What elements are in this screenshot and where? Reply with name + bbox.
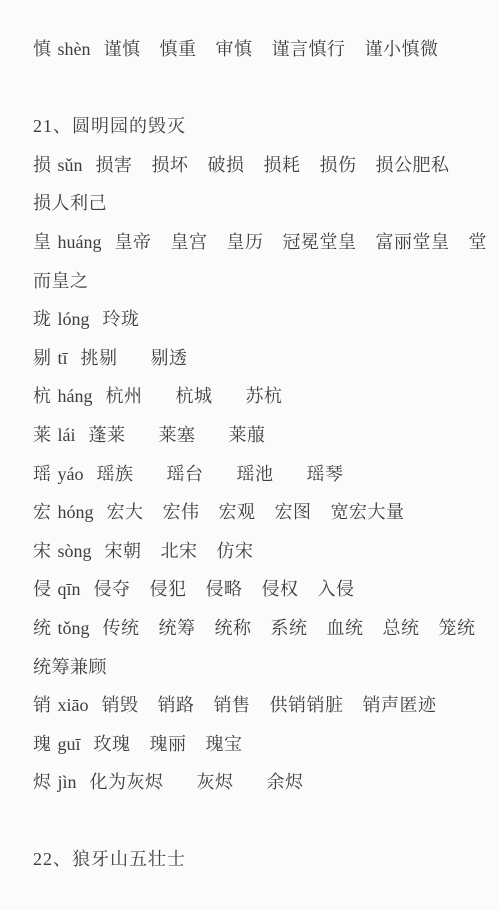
head-character: 宏 [33,502,52,522]
word: 慎重 [160,39,197,59]
word: 损害 [96,155,133,175]
pinyin: qīn [58,579,81,599]
word: 玲珑 [103,309,140,329]
word: 传统 [103,618,140,638]
word: 谨小慎微 [365,39,439,59]
head-character: 皇 [33,232,52,252]
head-character: 慎 [33,39,52,59]
word: 余烬 [267,772,304,792]
word: 皇帝 [115,232,152,252]
blank-line [33,802,491,841]
word: 侵略 [206,579,243,599]
word: 灰烬 [197,772,234,792]
word-row: 宋sòng宋朝北宋仿宋 [33,532,491,571]
word: 莱塞 [159,425,196,445]
word: 销售 [214,695,251,715]
word: 总统 [383,618,420,638]
word: 侵夺 [94,579,131,599]
document-page: 慎shèn谨慎慎重审慎谨言慎行谨小慎微21、圆明园的毁灭损sǔn损害损坏破损损耗… [0,0,499,910]
word: 仿宋 [217,541,254,561]
head-character-with-pinyin: 皇huáng [33,232,102,252]
head-character: 侵 [33,579,52,599]
pinyin: tī [58,348,68,368]
head-character-with-pinyin: 莱lái [33,425,76,445]
word: 皇宫 [171,232,208,252]
word: 瑰丽 [150,734,187,754]
word: 销声匿迹 [363,695,437,715]
word: 瑶族 [97,464,134,484]
word: 莱菔 [229,425,266,445]
head-character-with-pinyin: 珑lóng [33,309,90,329]
word-row: 统tǒng传统统筹统称系统血统总统笼统 [33,609,491,648]
word: 剔透 [151,348,188,368]
word-row: 侵qīn侵夺侵犯侵略侵权入侵 [33,570,491,609]
word: 化为灰烬 [90,772,164,792]
word: 损公肥私 [376,155,450,175]
head-character-with-pinyin: 统tǒng [33,618,90,638]
word-row: 珑lóng玲珑 [33,300,491,339]
word: 北宋 [161,541,198,561]
pinyin: sòng [58,541,92,561]
head-character: 烬 [33,772,52,792]
head-character: 莱 [33,425,52,445]
word: 统筹 [159,618,196,638]
head-character-with-pinyin: 销xiāo [33,695,89,715]
head-character-with-pinyin: 损sǔn [33,155,83,175]
page: { "colors": { "background": "#fbfbfb", "… [0,0,499,910]
word: 损坏 [152,155,189,175]
word: 损伤 [320,155,357,175]
word: 谨言慎行 [272,39,346,59]
word: 宏大 [107,502,144,522]
word: 笼统 [439,618,476,638]
word: 富丽堂皇 [376,232,450,252]
head-character: 统 [33,618,52,638]
word: 瑰宝 [206,734,243,754]
head-character: 瑰 [33,734,52,754]
word: 谨慎 [104,39,141,59]
document-body: 慎shèn谨慎慎重审慎谨言慎行谨小慎微21、圆明园的毁灭损sǔn损害损坏破损损耗… [33,30,491,879]
head-character: 瑶 [33,464,52,484]
word: 杭州 [106,386,143,406]
word: 冠冕堂皇 [283,232,357,252]
head-character-with-pinyin: 宋sòng [33,541,92,561]
word: 杭城 [176,386,213,406]
head-character-with-pinyin: 瑶yáo [33,464,84,484]
head-character: 杭 [33,386,52,406]
word: 侵犯 [150,579,187,599]
word-row: 皇huáng皇帝皇宫皇历冠冕堂皇富丽堂皇堂 [33,223,491,262]
continuation-line: 统筹兼顾 [33,648,491,687]
word: 销毁 [102,695,139,715]
head-character-with-pinyin: 慎shèn [33,39,91,59]
word: 苏杭 [246,386,283,406]
word: 侵权 [262,579,299,599]
pinyin: tǒng [58,618,90,638]
word: 宽宏大量 [331,502,405,522]
head-character-with-pinyin: 剔tī [33,348,68,368]
pinyin: lái [58,425,76,445]
head-character-with-pinyin: 宏hóng [33,502,94,522]
head-character: 销 [33,695,52,715]
continuation-line: 损人利己 [33,184,491,223]
word: 统称 [215,618,252,638]
word-row: 损sǔn损害损坏破损损耗损伤损公肥私 [33,146,491,185]
pinyin: jìn [58,772,77,792]
word: 宏观 [219,502,256,522]
word: 销路 [158,695,195,715]
word: 玫瑰 [94,734,131,754]
word-row: 瑰guī玫瑰瑰丽瑰宝 [33,725,491,764]
word: 宏图 [275,502,312,522]
lesson-heading: 21、圆明园的毁灭 [33,107,491,146]
head-character-with-pinyin: 瑰guī [33,734,81,754]
word: 系统 [271,618,308,638]
pinyin: guī [58,734,81,754]
word-row: 销xiāo销毁销路销售供销销脏销声匿迹 [33,686,491,725]
blank-line [33,69,491,108]
word: 破损 [208,155,245,175]
pinyin: hóng [58,502,94,522]
word-row: 烬jìn化为灰烬灰烬余烬 [33,763,491,802]
word: 血统 [327,618,364,638]
word: 损耗 [264,155,301,175]
pinyin: xiāo [58,695,89,715]
word-row: 瑶yáo瑶族瑶台瑶池瑶琴 [33,455,491,494]
head-character: 损 [33,155,52,175]
continuation-line: 而皇之 [33,262,491,301]
pinyin: lóng [58,309,90,329]
word-row: 剔tī挑剔剔透 [33,339,491,378]
head-character: 宋 [33,541,52,561]
head-character: 珑 [33,309,52,329]
word-row: 杭háng杭州杭城苏杭 [33,377,491,416]
word: 堂 [469,232,488,252]
pinyin: sǔn [58,155,83,175]
pinyin: shèn [58,39,91,59]
word-row: 慎shèn谨慎慎重审慎谨言慎行谨小慎微 [33,30,491,69]
head-character: 剔 [33,348,52,368]
word-row: 宏hóng宏大宏伟宏观宏图宽宏大量 [33,493,491,532]
word: 瑶琴 [307,464,344,484]
word: 入侵 [318,579,355,599]
lesson-heading: 22、狼牙山五壮士 [33,840,491,879]
word: 供销销脏 [270,695,344,715]
word: 宏伟 [163,502,200,522]
pinyin: yáo [58,464,84,484]
word: 蓬莱 [89,425,126,445]
word: 瑶池 [237,464,274,484]
word-row: 莱lái蓬莱莱塞莱菔 [33,416,491,455]
head-character-with-pinyin: 侵qīn [33,579,81,599]
word: 宋朝 [105,541,142,561]
pinyin: huáng [58,232,102,252]
word: 瑶台 [167,464,204,484]
word: 挑剔 [81,348,118,368]
word: 皇历 [227,232,264,252]
pinyin: háng [58,386,93,406]
head-character-with-pinyin: 杭háng [33,386,93,406]
head-character-with-pinyin: 烬jìn [33,772,77,792]
word: 审慎 [216,39,253,59]
